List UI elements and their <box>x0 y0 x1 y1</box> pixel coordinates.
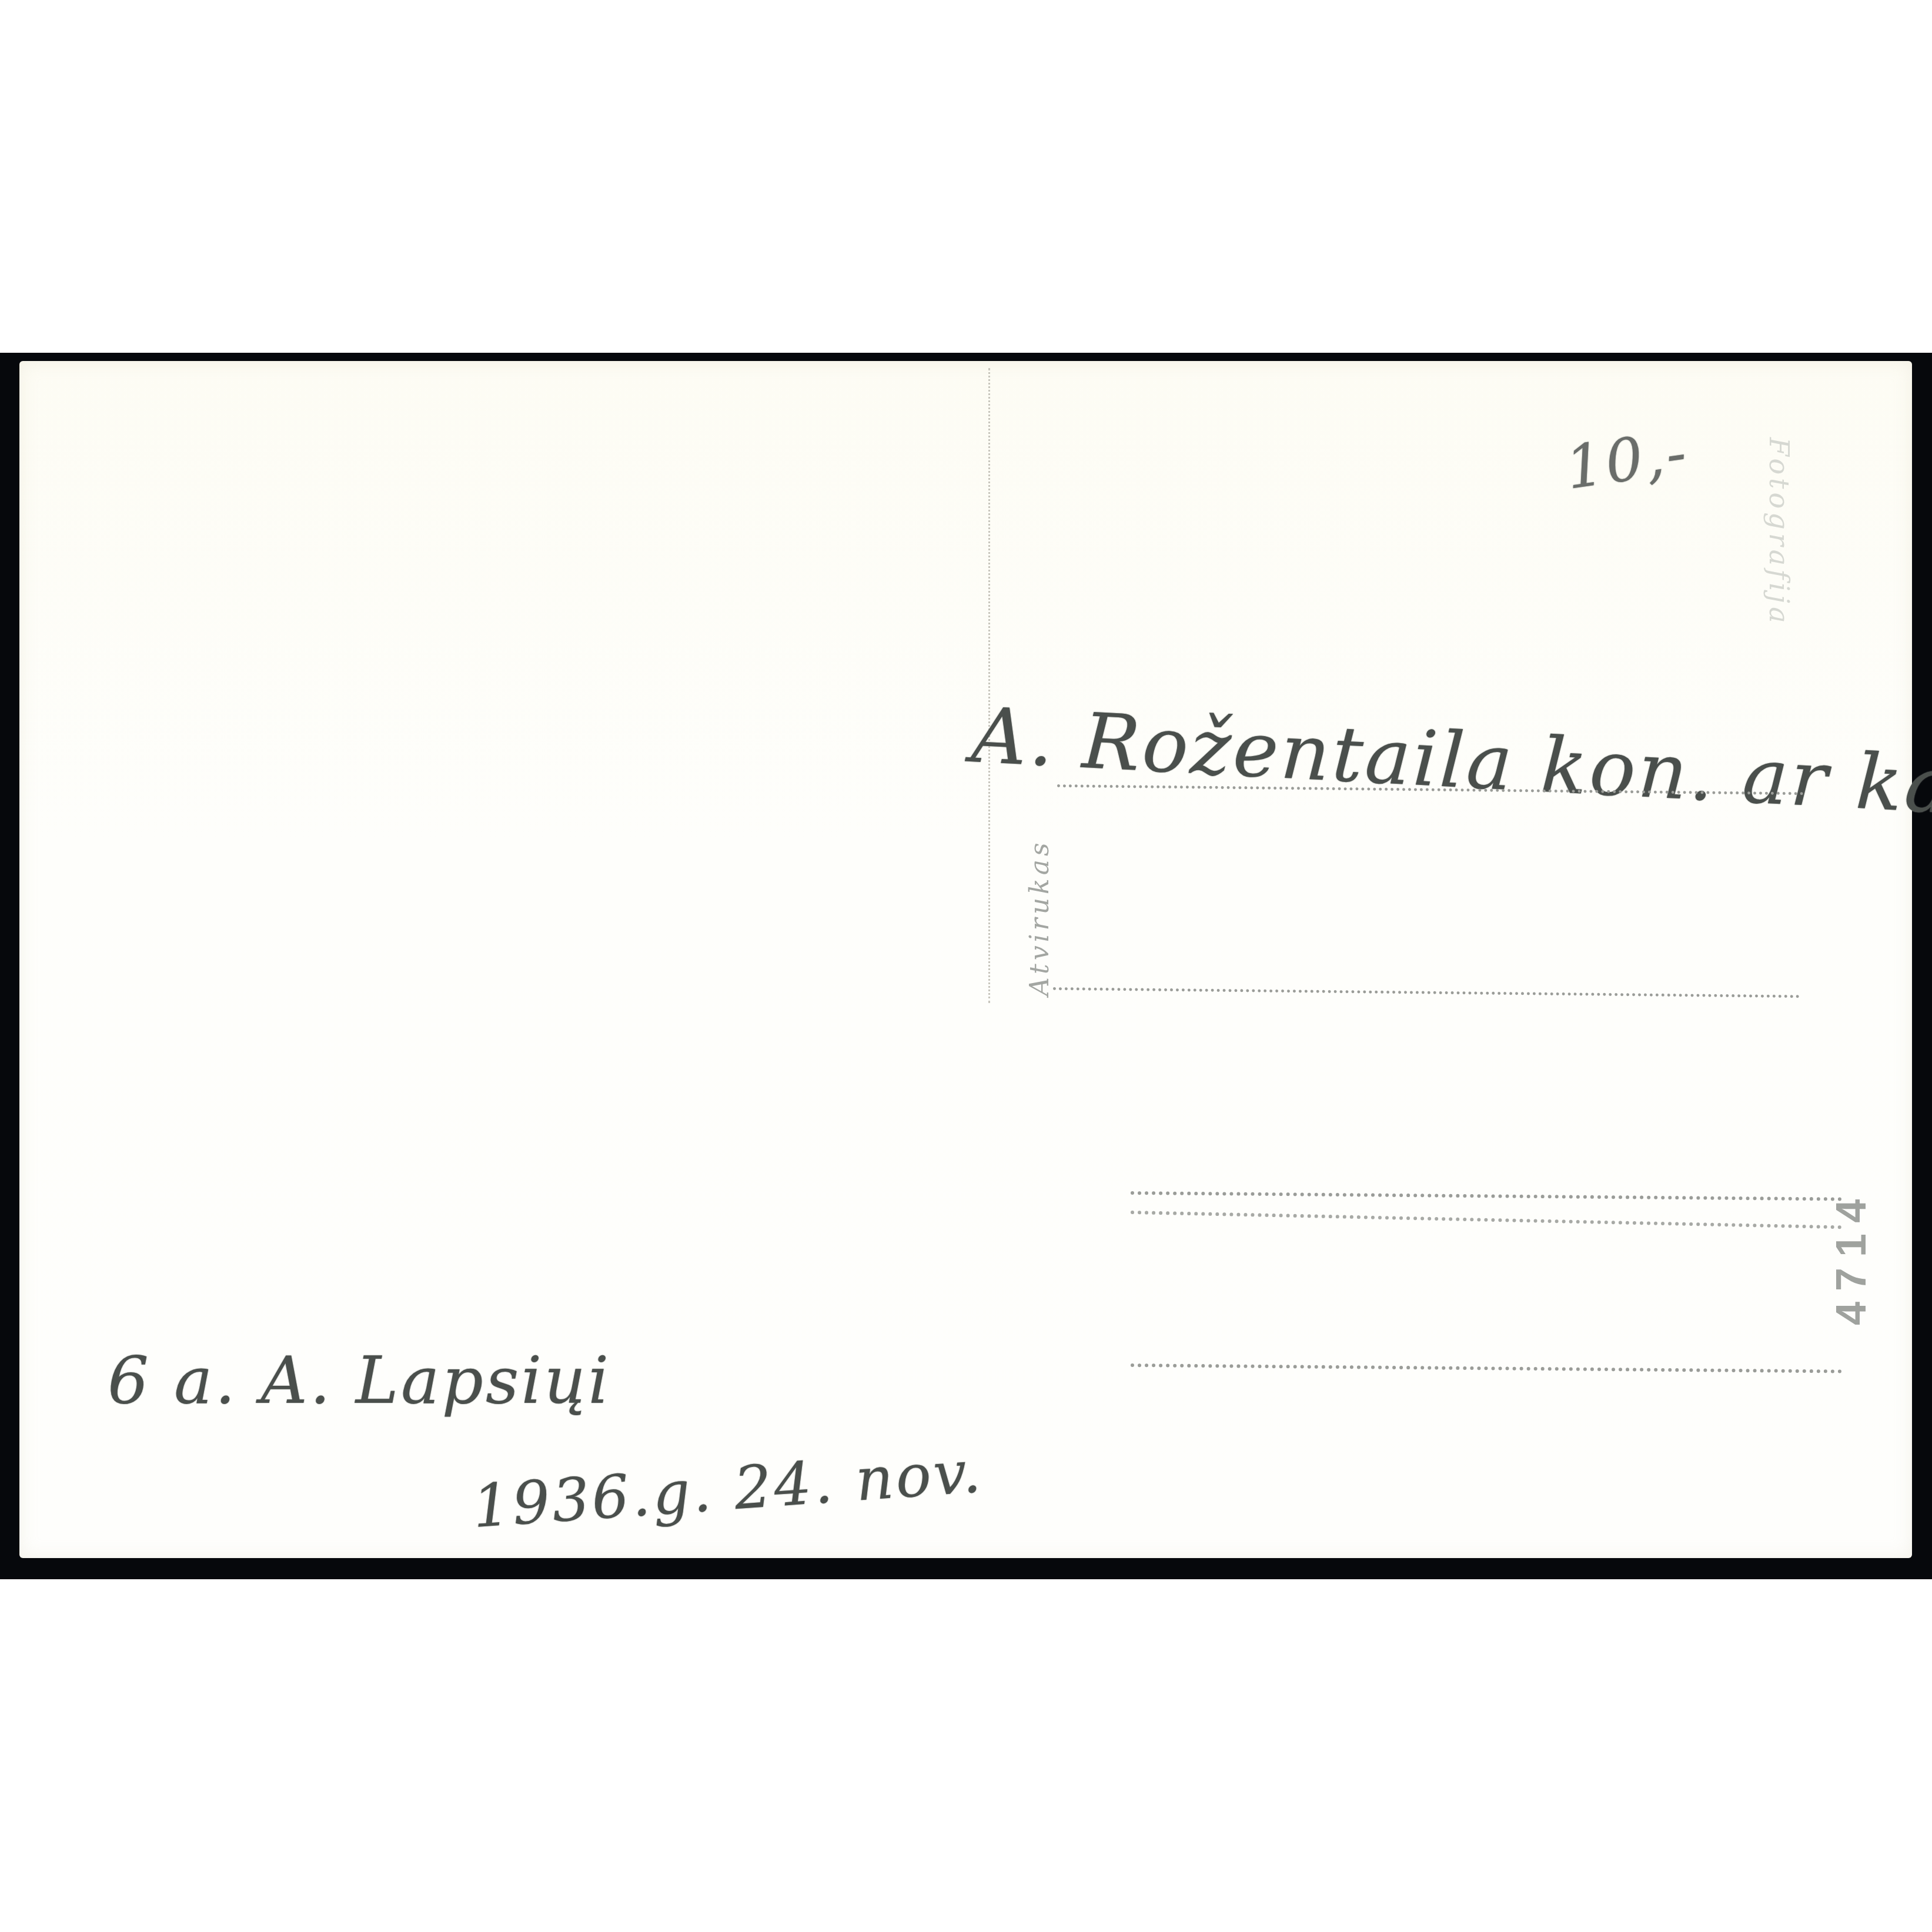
publisher-imprint: Fotografija <box>1763 437 1795 627</box>
address-line-2 <box>1053 987 1800 998</box>
address-line-5 <box>1131 1363 1842 1373</box>
address-line-4 <box>1131 1211 1842 1229</box>
postcard: 10,- Fotografija A. Rožentaila kon. ar k… <box>19 361 1912 1558</box>
address-line-3 <box>1131 1191 1842 1201</box>
price-note: 10,- <box>1562 417 1693 503</box>
side-imprint: Atvirukas <box>1025 840 1055 996</box>
date-handwriting: 1936.g. 24. nov. <box>470 1437 985 1541</box>
sender-handwriting: 6 a. A. Lapsiųi <box>108 1343 611 1418</box>
addressee-handwriting: A. Rožentaila kon. ar kalz. <box>970 690 1932 836</box>
center-divider <box>988 368 990 1003</box>
serial-stamp: 4714 <box>1827 1189 1876 1325</box>
